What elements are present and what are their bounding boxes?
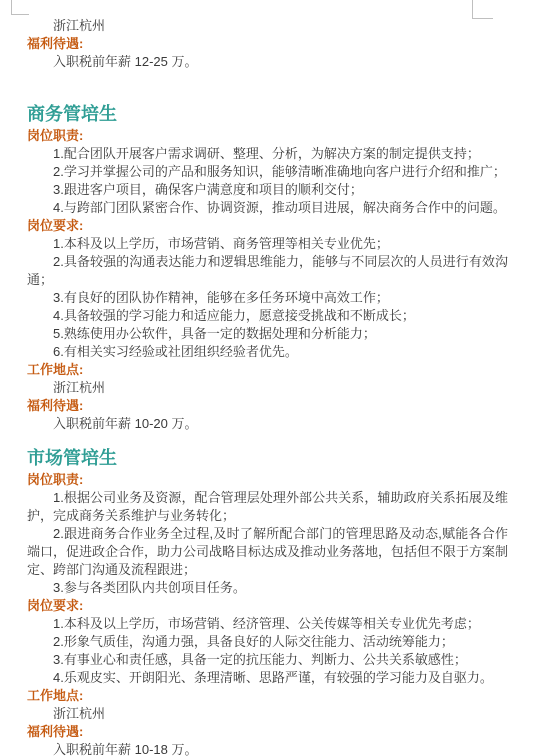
document-content: 浙江杭州 福利待遇: 入职税前年薪 12-25 万。 商务管培生 岗位职责: 1… [27,17,508,756]
job-title-business-trainee: 商务管培生 [27,101,508,127]
duty-item: 1.根据公司业务及资源，配合管理层处理外部公共关系，辅助政府关系拓展及维护，完成… [27,489,508,525]
duty-item: 2.学习并掌握公司的产品和服务知识，能够清晰准确地向客户进行介绍和推广； [27,163,508,181]
benefits-value: 入职税前年薪 12-25 万。 [27,53,508,71]
requirement-item: 3.有事业心和责任感，具备一定的抗压能力、判断力、公共关系敏感性； [27,651,508,669]
duty-item: 3.参与各类团队内共创项目任务。 [27,579,508,597]
benefits-label: 福利待遇: [27,397,508,415]
requirement-item: 4.乐观皮实、开朗阳光、条理清晰、思路严谨，有较强的学习能力及自驱力。 [27,669,508,687]
requirement-item: 2.具备较强的沟通表达能力和逻辑思维能力，能够与不同层次的人员进行有效沟通； [27,253,508,289]
location-value: 浙江杭州 [27,17,508,35]
location-label: 工作地点: [27,687,508,705]
duties-label: 岗位职责: [27,127,508,145]
requirement-item: 5.熟练使用办公软件，具备一定的数据处理和分析能力； [27,325,508,343]
location-value: 浙江杭州 [27,379,508,397]
requirements-label: 岗位要求: [27,597,508,615]
location-value: 浙江杭州 [27,705,508,723]
requirement-item: 4.具备较强的学习能力和适应能力，愿意接受挑战和不断成长； [27,307,508,325]
benefits-label: 福利待遇: [27,723,508,741]
duties-label: 岗位职责: [27,471,508,489]
duty-item: 1.配合团队开展客户需求调研、整理、分析，为解决方案的制定提供支持； [27,145,508,163]
duty-item: 3.跟进客户项目，确保客户满意度和项目的顺利交付； [27,181,508,199]
location-label: 工作地点: [27,361,508,379]
requirement-item: 2.形象气质佳，沟通力强，具备良好的人际交往能力、活动统筹能力； [27,633,508,651]
benefits-value: 入职税前年薪 10-18 万。 [27,741,508,756]
requirement-item: 1.本科及以上学历，市场营销、经济管理、公关传媒等相关专业优先考虑； [27,615,508,633]
duty-item: 4.与跨部门团队紧密合作、协调资源，推动项目进展，解决商务合作中的问题。 [27,199,508,217]
job-title-marketing-trainee: 市场管培生 [27,445,508,471]
document-page: 浙江杭州 福利待遇: 入职税前年薪 12-25 万。 商务管培生 岗位职责: 1… [0,0,535,756]
requirement-item: 3.有良好的团队协作精神，能够在多任务环境中高效工作； [27,289,508,307]
benefits-label: 福利待遇: [27,35,508,53]
requirement-item: 6.有相关实习经验或社团组织经验者优先。 [27,343,508,361]
requirements-label: 岗位要求: [27,217,508,235]
page-margin-mark-left [11,0,29,15]
benefits-value: 入职税前年薪 10-20 万。 [27,415,508,433]
duty-item: 2.跟进商务合作业务全过程,及时了解所配合部门的管理思路及动态,赋能各合作端口，… [27,525,508,579]
requirement-item: 1.本科及以上学历，市场营销、商务管理等相关专业优先； [27,235,508,253]
